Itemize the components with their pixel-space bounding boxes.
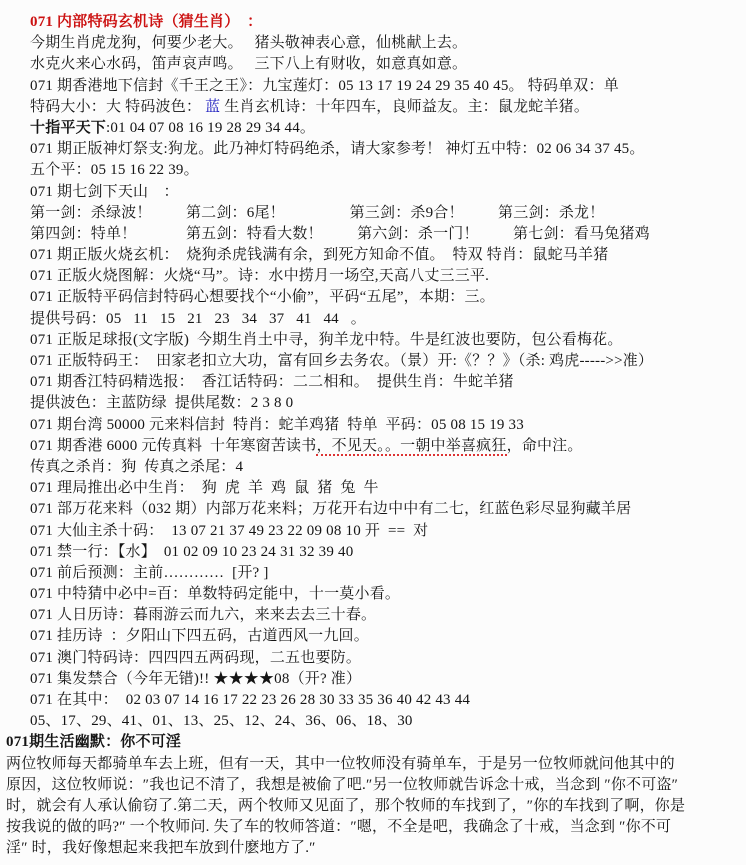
plain-text: 071 挂历诗 ：夕阳山下四五码，古道西风一九回。 (30, 628, 369, 644)
text-line: 两位牧师每天都骑单车去上班，但有一天，其中一位牧师没有骑单车，于是另一位牧师就问… (6, 754, 740, 775)
plain-text: 071 内部特码玄机诗（猜生肖） ： (30, 14, 262, 30)
plain-text: 第四剑：特单！ 第五剑：特看大数！ 第六剑：杀一门！ 第七剑：看马兔猪鸡 (30, 226, 650, 242)
text-line: 071 正版特平码信封特码心想要找个“小偷”，平码“五尾”，本期：三。 (30, 287, 740, 308)
plain-text: 071 澳门特码诗：四四四五两码现，二五也要防。 (30, 650, 361, 666)
plain-text: 水克火来心水码，笛声哀声鸣。 三下八上有财收，如意真如意。 (30, 56, 467, 72)
text-line: 071 大仙主杀十码： 13 07 21 37 49 23 22 09 08 1… (30, 521, 740, 542)
text-line: 071 正版火烧图解：火烧“马”。诗：水中捞月一场空,天高八丈三三平. (30, 266, 740, 287)
plain-text: 特码大小：大 特码波色： (30, 99, 205, 115)
text-line: 071 正版特码王： 田家老扣立大功，富有回乡去务农。（景）开:《？？》（杀: … (30, 351, 740, 372)
text-line: 071 挂历诗 ：夕阳山下四五码，古道西风一九回。 (30, 626, 740, 647)
highlighted-text: ，不见天。。一朝中举喜疯狂 (316, 438, 506, 456)
text-line: 第一剑：杀绿波！ 第二剑：6尾！ 第三剑：杀9合！ 第三剑：杀龙！ (30, 203, 740, 224)
plain-text: 071 前后预测：主前………… [开? ] (30, 565, 269, 581)
plain-text: 两位牧师每天都骑单车去上班，但有一天，其中一位牧师没有骑单车，于是另一位牧师就问… (6, 756, 675, 772)
text-line: 071 前后预测：主前………… [开? ] (30, 563, 740, 584)
plain-text: 071 期正版神灯祭支:狗龙。此乃神灯特码绝杀，请大家参考！ 神灯五中特：02 … (30, 141, 645, 157)
plain-text: 提供号码：05 11 15 21 23 34 37 41 44 。 (30, 311, 366, 327)
plain-text: 071期生活幽默：你不可淫 (6, 734, 181, 750)
plain-text: 提供波色：主蓝防绿 提供尾数：2 3 8 0 (30, 395, 293, 411)
text-line: 071 理局推出必中生肖： 狗 虎 羊 鸡 鼠 猪 兔 牛 (30, 478, 740, 499)
plain-text: 071 在其中： 02 03 07 14 16 17 22 23 26 28 3… (30, 692, 470, 708)
sheet-lines: 071 内部特码玄机诗（猜生肖） ：今期生肖虎龙狗，何要少老大。 猪头敬神表心意… (30, 12, 740, 860)
text-line: 05、17、29、41、01、13、25、12、24、36、06、18、30 (30, 711, 740, 732)
lottery-tip-sheet: 071 内部特码玄机诗（猜生肖） ：今期生肖虎龙狗，何要少老大。 猪头敬神表心意… (0, 0, 746, 865)
text-line: 071 期香港 6000 元传真料 十年寒窗苦读书，不见天。。一朝中举喜疯狂，命… (30, 436, 740, 457)
plain-text: 071 集发禁合（今年无错)!! ★★★★08（开? 准） (30, 671, 361, 687)
highlighted-text: 十指平天下 (30, 120, 106, 136)
plain-text: 071 中特猜中必中=百：单数特码定能中，十一莫小看。 (30, 586, 400, 602)
plain-text: 071 正版特码王： 田家老扣立大功，富有回乡去务农。（景）开:《？？》（杀: … (30, 353, 653, 369)
plain-text: 时，就会有人承认偷窃了.第二天，两个牧师又见面了，那个牧师的车找到了，″你的车找… (6, 798, 685, 814)
text-line: 071 正版足球报(文字版) 今期生肖土中寻，狗羊龙中特。牛是红波也要防，包公看… (30, 330, 740, 351)
text-line: 071期生活幽默：你不可淫 (6, 732, 740, 753)
text-line: 淫″ 时，我好像想起来我把车放到什麽地方了.″ (6, 838, 740, 859)
text-line: 十指平天下:01 04 07 08 16 19 28 29 34 44。 (30, 118, 740, 139)
text-line: 071 部万花来料（032 期）内部万花来料；万花开右边中中有二七，红蓝色彩尽显… (30, 499, 740, 520)
text-line: 071 人日历诗：暮雨游云而九六，来来去去三十春。 (30, 605, 740, 626)
text-line: 071 澳门特码诗：四四四五两码现，二五也要防。 (30, 648, 740, 669)
text-line: 按我说的做的吗?″ 一个牧师问. 失了车的牧师答道：″嗯，不全是吧，我确念了十戒… (6, 817, 740, 838)
text-line: 071 内部特码玄机诗（猜生肖） ： (30, 12, 740, 33)
plain-text: 071 期香江特码精选报： 香江话特码：二二相和。 提供生肖：牛蛇羊猪 (30, 374, 514, 390)
plain-text: 071 正版足球报(文字版) 今期生肖土中寻，狗羊龙中特。牛是红波也要防，包公看… (30, 332, 623, 348)
text-line: 071 期香江特码精选报： 香江话特码：二二相和。 提供生肖：牛蛇羊猪 (30, 372, 740, 393)
text-line: 五个平：05 15 16 22 39。 (30, 160, 740, 181)
text-line: 071 禁一行：【水】 01 02 09 10 23 24 31 32 39 4… (30, 542, 740, 563)
plain-text: 按我说的做的吗?″ 一个牧师问. 失了车的牧师答道：″嗯，不全是吧，我确念了十戒… (6, 819, 671, 835)
text-line: 第四剑：特单！ 第五剑：特看大数！ 第六剑：杀一门！ 第七剑：看马兔猪鸡 (30, 224, 740, 245)
plain-text: 071 期台湾 50000 元来料信封 特肖：蛇羊鸡猪 特单 平码：05 08 … (30, 417, 524, 433)
text-line: 时，就会有人承认偷窃了.第二天，两个牧师又见面了，那个牧师的车找到了，″你的车找… (6, 796, 740, 817)
highlighted-text: 蓝 (205, 99, 220, 115)
plain-text: 071 理局推出必中生肖： 狗 虎 羊 鸡 鼠 猪 兔 牛 (30, 480, 379, 496)
plain-text: 生肖玄机诗：十年四车，良师益友。主：鼠龙蛇羊猪。 (220, 99, 589, 115)
plain-text: 传真之杀肖：狗 传真之杀尾：4 (30, 459, 243, 475)
plain-text: 071 人日历诗：暮雨游云而九六，来来去去三十春。 (30, 607, 376, 623)
text-line: 071 期香港地下信封《千王之王》：九宝莲灯：05 13 17 19 24 29… (30, 76, 740, 97)
text-line: 传真之杀肖：狗 传真之杀尾：4 (30, 457, 740, 478)
plain-text: 071 期香港 6000 元传真料 十年寒窗苦读书 (30, 438, 316, 454)
plain-text: 今期生肖虎龙狗，何要少老大。 猪头敬神表心意，仙桃献上去。 (30, 35, 467, 51)
plain-text: 071 期香港地下信封《千王之王》：九宝莲灯：05 13 17 19 24 29… (30, 78, 619, 94)
text-line: 071 在其中： 02 03 07 14 16 17 22 23 26 28 3… (30, 690, 740, 711)
text-line: 071 集发禁合（今年无错)!! ★★★★08（开? 准） (30, 669, 740, 690)
text-line: 071 期正版火烧玄机： 烧狗杀虎钱满有余，到死方知命不值。 特双 特肖：鼠蛇马… (30, 245, 740, 266)
plain-text: 淫″ 时，我好像想起来我把车放到什麽地方了.″ (6, 840, 316, 856)
plain-text: 071 大仙主杀十码： 13 07 21 37 49 23 22 09 08 1… (30, 523, 428, 539)
text-line: 特码大小：大 特码波色： 蓝 生肖玄机诗：十年四车，良师益友。主：鼠龙蛇羊猪。 (30, 97, 740, 118)
text-line: 原因，这位牧师说：″我也记不清了，我想是被偷了吧.″另一位牧师就告诉念十戒，当念… (6, 775, 740, 796)
text-line: 071 期七剑下天山 ： (30, 182, 740, 203)
plain-text: 071 部万花来料（032 期）内部万花来料；万花开右边中中有二七，红蓝色彩尽显… (30, 501, 631, 517)
plain-text: 071 正版特平码信封特码心想要找个“小偷”，平码“五尾”，本期：三。 (30, 289, 495, 305)
plain-text: 第一剑：杀绿波！ 第二剑：6尾！ 第三剑：杀9合！ 第三剑：杀龙！ (30, 205, 604, 221)
plain-text: 071 正版火烧图解：火烧“马”。诗：水中捞月一场空,天高八丈三三平. (30, 268, 489, 284)
text-line: 水克火来心水码，笛声哀声鸣。 三下八上有财收，如意真如意。 (30, 54, 740, 75)
plain-text: 原因，这位牧师说：″我也记不清了，我想是被偷了吧.″另一位牧师就告诉念十戒，当念… (6, 777, 678, 793)
plain-text: 071 期正版火烧玄机： 烧狗杀虎钱满有余，到死方知命不值。 特双 特肖：鼠蛇马… (30, 247, 608, 263)
plain-text: 05、17、29、41、01、13、25、12、24、36、06、18、30 (30, 713, 413, 729)
text-line: 提供波色：主蓝防绿 提供尾数：2 3 8 0 (30, 393, 740, 414)
plain-text: 071 禁一行：【水】 01 02 09 10 23 24 31 32 39 4… (30, 544, 353, 560)
text-line: 071 中特猜中必中=百：单数特码定能中，十一莫小看。 (30, 584, 740, 605)
plain-text: :01 04 07 08 16 19 28 29 34 44。 (106, 120, 315, 136)
text-line: 071 期正版神灯祭支:狗龙。此乃神灯特码绝杀，请大家参考！ 神灯五中特：02 … (30, 139, 740, 160)
text-line: 提供号码：05 11 15 21 23 34 37 41 44 。 (30, 309, 740, 330)
text-line: 今期生肖虎龙狗，何要少老大。 猪头敬神表心意，仙桃献上去。 (30, 33, 740, 54)
plain-text: 五个平：05 15 16 22 39。 (30, 162, 199, 178)
plain-text: 071 期七剑下天山 ： (30, 184, 179, 200)
text-line: 071 期台湾 50000 元来料信封 特肖：蛇羊鸡猪 特单 平码：05 08 … (30, 415, 740, 436)
plain-text: ，命中注。 (507, 438, 583, 454)
